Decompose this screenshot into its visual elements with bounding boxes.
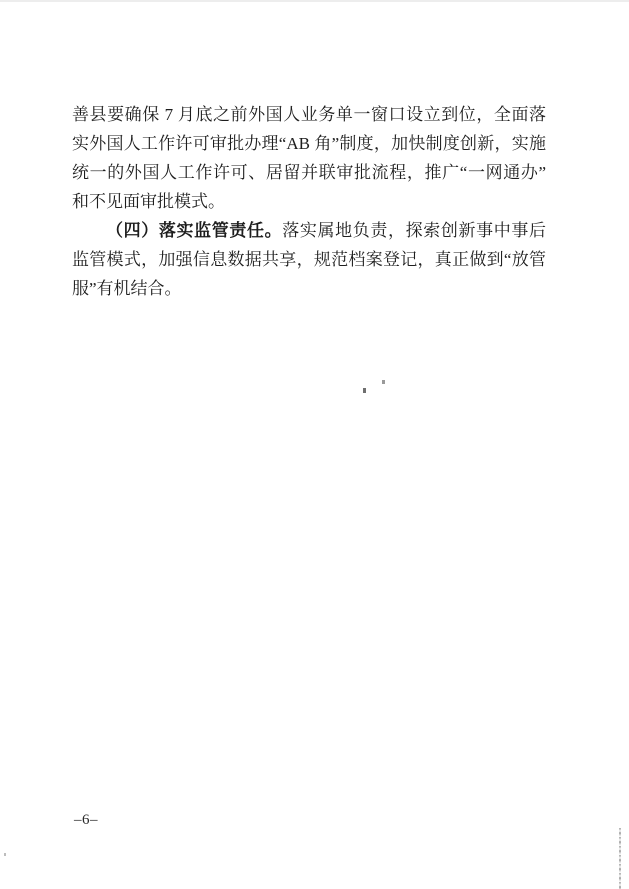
- clause-heading: （四）落实监管责任。: [106, 221, 282, 240]
- scan-edge-artifact: [0, 0, 629, 2]
- paragraph-2-line-1-rest: 落实属地负责，探索创新事中事后: [282, 221, 546, 240]
- body-text: 善县要确保 7 月底之前外国人业务单一窗口设立到位，全面落 实外国人工作许可审批…: [72, 100, 546, 303]
- paragraph-1-line-2: 实外国人工作许可审批办理“AB 角”制度，加快制度创新，实施: [72, 129, 546, 158]
- paragraph-1-line-4: 和不见面审批模式。: [72, 187, 546, 216]
- paragraph-2-line-1: （四）落实监管责任。落实属地负责，探索创新事中事后: [72, 216, 546, 245]
- scan-speck-artifact: [363, 388, 366, 393]
- paragraph-2-line-3: 服”有机结合。: [72, 274, 546, 303]
- scan-speck-artifact: [382, 380, 385, 384]
- paragraph-1-line-1: 善县要确保 7 月底之前外国人业务单一窗口设立到位，全面落: [72, 100, 546, 129]
- document-page: 善县要确保 7 月底之前外国人业务单一窗口设立到位，全面落 实外国人工作许可审批…: [0, 0, 629, 889]
- paragraph-1-line-3: 统一的外国人工作许可、居留并联审批流程，推广“一网通办”: [72, 158, 546, 187]
- page-number: –6–: [74, 812, 98, 829]
- scan-noise-artifact: [619, 828, 621, 889]
- paragraph-2-line-2: 监管模式，加强信息数据共享，规范档案登记，真正做到“放管: [72, 245, 546, 274]
- scan-speck-artifact: [4, 853, 6, 856]
